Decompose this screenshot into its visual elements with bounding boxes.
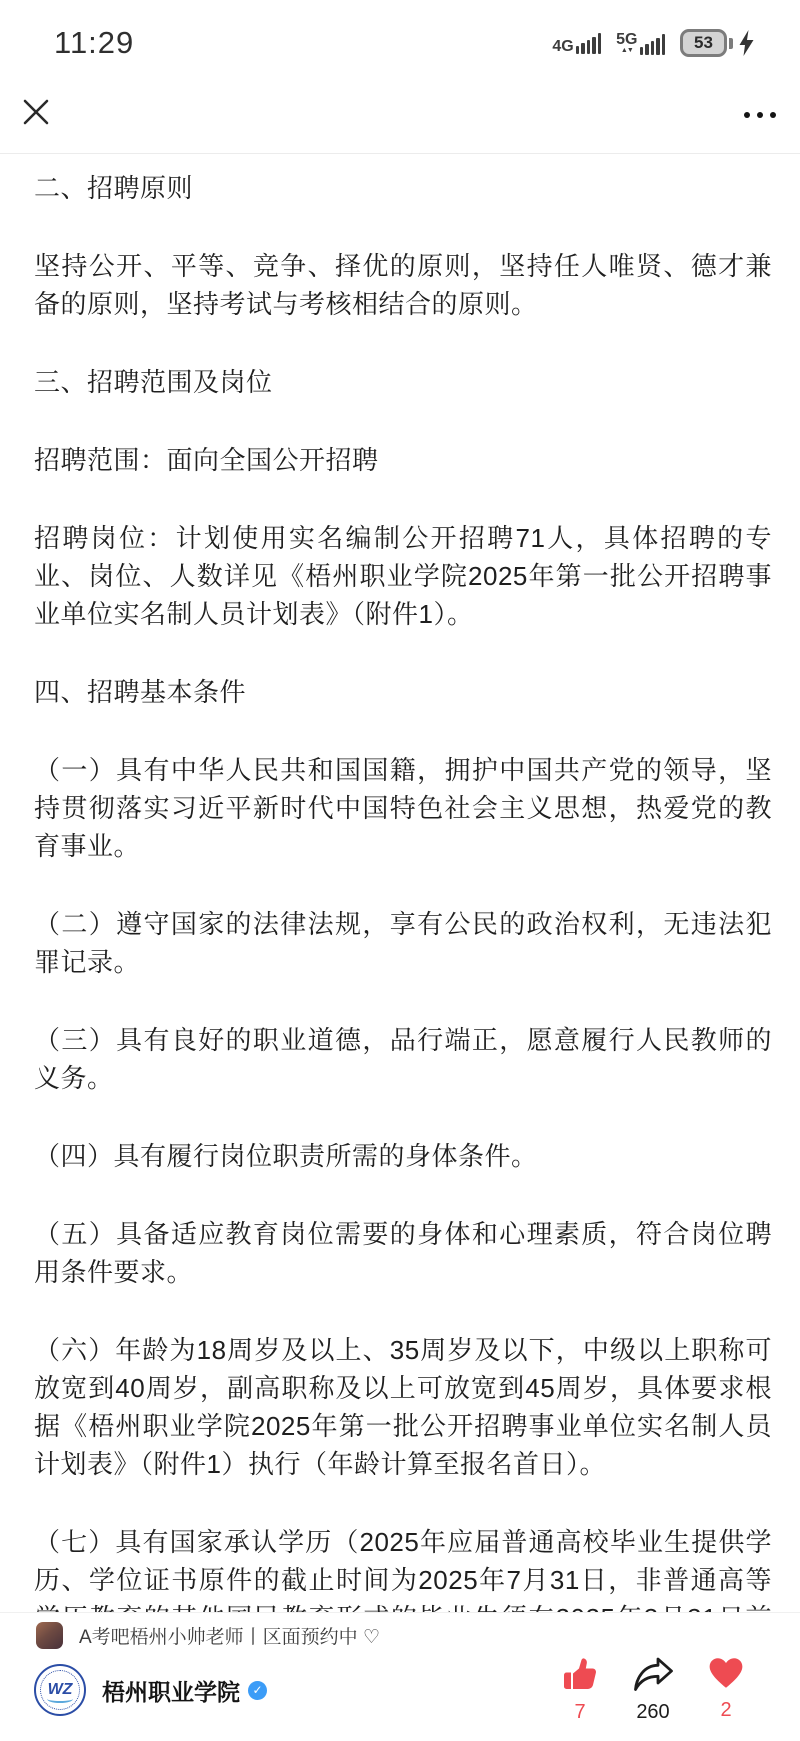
promo-label: A考吧梧州小帅老师丨区面预约中 ♡ (79, 1622, 380, 1649)
doc-paragraph: 招聘范围：面向全国公开招聘 (34, 441, 772, 479)
doc-paragraph: （六）年龄为18周岁及以上、35周岁及以下，中级以上职称可放宽到40周岁，副高职… (34, 1331, 772, 1483)
share-button[interactable]: 260 (631, 1656, 675, 1724)
favorite-button[interactable]: 2 (704, 1656, 748, 1724)
doc-paragraph: 招聘岗位：计划使用实名编制公开招聘71人，具体招聘的专业、岗位、人数详见《梧州职… (34, 519, 772, 633)
battery-percent: 53 (694, 33, 713, 53)
charging-bolt-icon (739, 30, 754, 56)
article-body[interactable]: 二、招聘原则 坚持公开、平等、竞争、择优的原则，坚持任人唯贤、德才兼备的原则，坚… (0, 153, 800, 1612)
verified-badge-icon: ✓ (248, 1681, 267, 1700)
college-logo: WZ (34, 1664, 86, 1716)
doc-heading: 三、招聘范围及岗位 (34, 363, 772, 401)
status-icons: 4G 5G ▲▼ 53 (552, 29, 754, 57)
promo-avatar (36, 1622, 63, 1649)
battery-icon: 53 (680, 29, 754, 57)
like-count: 7 (574, 1701, 585, 1724)
status-bar: 11:29 4G 5G ▲▼ 53 (0, 0, 800, 72)
signal-4g-icon: 4G (552, 33, 601, 54)
doc-paragraph: 坚持公开、平等、竞争、择优的原则，坚持任人唯贤、德才兼备的原则，坚持考试与考核相… (34, 247, 772, 323)
heart-icon (707, 1656, 745, 1695)
promo-banner[interactable]: A考吧梧州小帅老师丨区面预约中 ♡ (0, 1613, 800, 1649)
doc-paragraph: （一）具有中华人民共和国国籍，拥护中国共产党的领导，坚持贯彻落实习近平新时代中国… (34, 751, 772, 865)
doc-paragraph: （三）具有良好的职业道德，品行端正，愿意履行人民教师的义务。 (34, 1021, 772, 1097)
account-name: 梧州职业学院 (102, 1674, 240, 1707)
action-buttons: 7 260 2 (558, 1656, 748, 1724)
footer-row: WZ 梧州职业学院 ✓ 7 (0, 1649, 800, 1724)
nav-bar (0, 72, 800, 154)
close-icon[interactable] (20, 96, 52, 128)
account-link[interactable]: WZ 梧州职业学院 ✓ (34, 1664, 267, 1716)
more-options-icon[interactable] (744, 106, 776, 124)
doc-heading: 四、招聘基本条件 (34, 673, 772, 711)
signal-5g-icon: 5G ▲▼ (616, 32, 665, 55)
clock: 11:29 (54, 25, 134, 61)
screen: 11:29 4G 5G ▲▼ 53 (0, 0, 800, 1741)
thumbs-up-icon (560, 1656, 600, 1697)
doc-paragraph: （七）具有国家承认学历（2025年应届普通高校毕业生提供学历、学位证书原件的截止… (34, 1523, 772, 1612)
share-arrow-icon (632, 1656, 674, 1697)
bottom-bar: A考吧梧州小帅老师丨区面预约中 ♡ WZ 梧州职业学院 ✓ (0, 1612, 800, 1741)
doc-paragraph: （四）具有履行岗位职责所需的身体条件。 (34, 1137, 772, 1175)
share-count: 260 (636, 1701, 669, 1724)
doc-paragraph: （二）遵守国家的法律法规，享有公民的政治权利，无违法犯罪记录。 (34, 905, 772, 981)
like-button[interactable]: 7 (558, 1656, 602, 1724)
doc-paragraph: （五）具备适应教育岗位需要的身体和心理素质，符合岗位聘用条件要求。 (34, 1215, 772, 1291)
data-arrows-icon: ▲▼ (621, 47, 633, 55)
doc-heading: 二、招聘原则 (34, 169, 772, 207)
favorite-count: 2 (720, 1699, 731, 1722)
